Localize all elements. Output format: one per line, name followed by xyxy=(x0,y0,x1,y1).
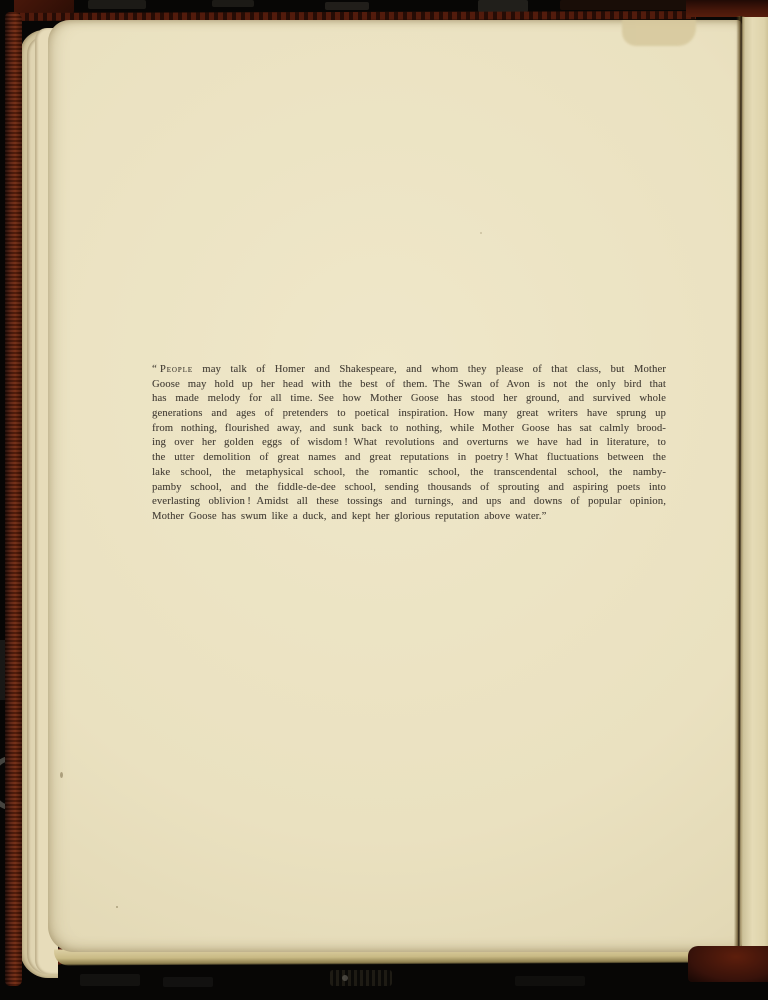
quote-line-3: has made melody for all time. See how Mo… xyxy=(152,392,666,407)
book-page: “People may talk of Homer and Shakespear… xyxy=(48,20,742,952)
scanner-artifact xyxy=(478,0,528,12)
quote-line-8: lake school, the metaphysical school, th… xyxy=(152,466,666,481)
scanner-artifact xyxy=(80,974,140,986)
quote-line-4: generations and ages of pretenders to po… xyxy=(152,407,666,422)
scanner-dot-artifact xyxy=(342,975,348,981)
scanner-artifact xyxy=(163,977,213,987)
facing-page-edge xyxy=(742,12,768,970)
cover-corner-top-right xyxy=(686,0,768,17)
scanner-comb-artifact xyxy=(330,970,392,986)
quote-line-10: everlasting oblivion ! Amidst all these … xyxy=(152,495,666,510)
quote-line-11: Mother Goose has swum like a duck, and k… xyxy=(152,510,666,525)
open-quote-mark: “ xyxy=(152,364,157,375)
foxing-speck xyxy=(480,232,482,234)
quote-line-5: from nothing, flourished away, and sunk … xyxy=(152,422,666,437)
quote-paragraph: “People may talk of Homer and Shakespear… xyxy=(152,363,666,525)
scanner-artifact xyxy=(560,0,690,10)
quote-line-text: may talk of Homer and Shakespeare, and w… xyxy=(193,364,666,375)
quote-line-2: Goose may hold up her head with the best… xyxy=(152,378,666,393)
scanner-artifact xyxy=(88,0,146,9)
quote-line-9: pamby school, and the fiddle-de-dee scho… xyxy=(152,481,666,496)
lead-word-smallcaps: People xyxy=(160,364,193,375)
quote-line-1: “People may talk of Homer and Shakespear… xyxy=(152,363,666,378)
book-cover-spine xyxy=(5,12,22,986)
scanner-artifact xyxy=(515,976,585,986)
scanner-artifact xyxy=(212,0,254,7)
page-stain xyxy=(622,20,696,46)
foxing-speck xyxy=(116,906,118,908)
book-scan: “People may talk of Homer and Shakespear… xyxy=(0,0,768,1000)
foxing-speck xyxy=(60,772,63,778)
quote-line-7: the utter demolition of great names and … xyxy=(152,451,666,466)
scanner-artifact xyxy=(325,2,369,10)
quote-line-6: ing over her golden eggs of wisdom ! Wha… xyxy=(152,436,666,451)
cover-corner-bottom-right xyxy=(688,946,768,982)
